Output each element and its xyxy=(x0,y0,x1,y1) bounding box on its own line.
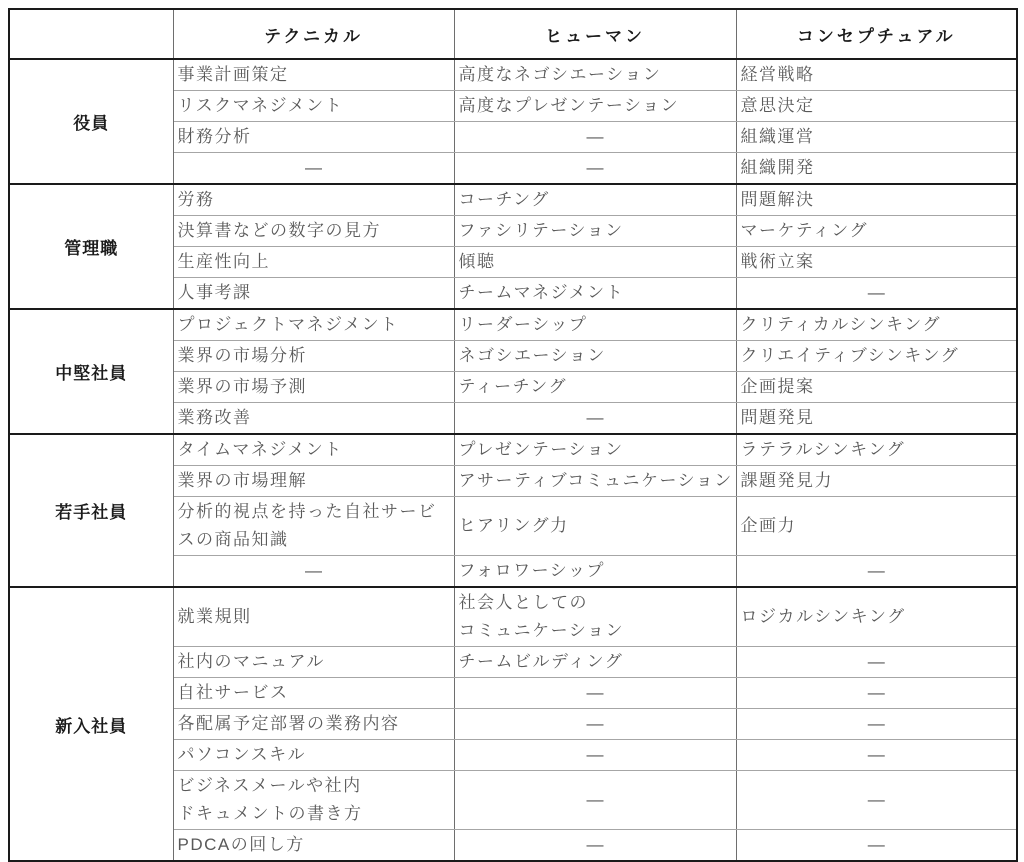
skill-cell: 分析的視点を持った自社サービ スの商品知識 xyxy=(173,497,454,556)
skill-cell: チームマネジメント xyxy=(454,278,736,310)
group-label-cell: 役員 xyxy=(9,59,173,184)
skill-cell: フォロワーシップ xyxy=(454,556,736,588)
empty-skill-cell: — xyxy=(454,678,736,709)
header-row: テクニカルヒューマンコンセプチュアル xyxy=(9,9,1017,59)
skill-cell: 傾聴 xyxy=(454,247,736,278)
empty-skill-cell: — xyxy=(736,678,1017,709)
skill-cell: 生産性向上 xyxy=(173,247,454,278)
table-row: 若手社員タイムマネジメントプレゼンテーションラテラルシンキング xyxy=(9,434,1017,466)
empty-skill-cell: — xyxy=(736,740,1017,771)
empty-skill-cell: — xyxy=(736,556,1017,588)
skill-cell: ヒアリング力 xyxy=(454,497,736,556)
header-cell-empty xyxy=(9,9,173,59)
skill-cell: 事業計画策定 xyxy=(173,59,454,91)
skill-cell: 高度なプレゼンテーション xyxy=(454,91,736,122)
group-section: 新入社員就業規則社会人としての コミュニケーションロジカルシンキング社内のマニュ… xyxy=(9,587,1017,861)
table-row: 新入社員就業規則社会人としての コミュニケーションロジカルシンキング xyxy=(9,587,1017,647)
skill-cell: リスクマネジメント xyxy=(173,91,454,122)
empty-skill-cell: — xyxy=(454,122,736,153)
header-cell: コンセプチュアル xyxy=(736,9,1017,59)
empty-skill-cell: — xyxy=(736,709,1017,740)
skill-cell: チームビルディング xyxy=(454,647,736,678)
skill-cell: 業界の市場予測 xyxy=(173,372,454,403)
skill-cell: プロジェクトマネジメント xyxy=(173,309,454,341)
empty-skill-cell: — xyxy=(173,153,454,185)
skill-cell: 企画提案 xyxy=(736,372,1017,403)
group-label-cell: 中堅社員 xyxy=(9,309,173,434)
skill-cell: 決算書などの数字の見方 xyxy=(173,216,454,247)
skill-cell: 各配属予定部署の業務内容 xyxy=(173,709,454,740)
group-label-cell: 管理職 xyxy=(9,184,173,309)
header-cell: ヒューマン xyxy=(454,9,736,59)
skill-cell: アサーティブコミュニケーション xyxy=(454,466,736,497)
empty-skill-cell: — xyxy=(173,556,454,588)
skill-cell: PDCAの回し方 xyxy=(173,830,454,862)
skill-cell: 経営戦略 xyxy=(736,59,1017,91)
empty-skill-cell: — xyxy=(454,771,736,830)
skill-cell: タイムマネジメント xyxy=(173,434,454,466)
skill-cell: 組織運営 xyxy=(736,122,1017,153)
empty-skill-cell: — xyxy=(454,740,736,771)
skill-cell: 問題発見 xyxy=(736,403,1017,435)
skill-cell: ロジカルシンキング xyxy=(736,587,1017,647)
skill-cell: ビジネスメールや社内 ドキュメントの書き方 xyxy=(173,771,454,830)
table-header-row: テクニカルヒューマンコンセプチュアル xyxy=(9,9,1017,59)
group-section: 役員事業計画策定高度なネゴシエーション経営戦略リスクマネジメント高度なプレゼンテ… xyxy=(9,59,1017,184)
group-label-cell: 若手社員 xyxy=(9,434,173,587)
skill-cell: ネゴシエーション xyxy=(454,341,736,372)
skill-cell: 企画力 xyxy=(736,497,1017,556)
empty-skill-cell: — xyxy=(454,403,736,435)
skill-cell: マーケティング xyxy=(736,216,1017,247)
group-section: 中堅社員プロジェクトマネジメントリーダーシップクリティカルシンキング業界の市場分… xyxy=(9,309,1017,434)
skill-cell: 社会人としての コミュニケーション xyxy=(454,587,736,647)
group-section: 管理職労務コーチング問題解決決算書などの数字の見方ファシリテーションマーケティン… xyxy=(9,184,1017,309)
empty-skill-cell: — xyxy=(736,278,1017,310)
skill-cell: 課題発見力 xyxy=(736,466,1017,497)
skill-cell: 組織開発 xyxy=(736,153,1017,185)
skill-cell: パソコンスキル xyxy=(173,740,454,771)
skill-cell: ファシリテーション xyxy=(454,216,736,247)
skill-cell: 財務分析 xyxy=(173,122,454,153)
empty-skill-cell: — xyxy=(736,647,1017,678)
skill-map-page: テクニカルヒューマンコンセプチュアル 役員事業計画策定高度なネゴシエーション経営… xyxy=(0,0,1024,862)
skill-cell: 就業規則 xyxy=(173,587,454,647)
empty-skill-cell: — xyxy=(454,830,736,862)
table-row: 役員事業計画策定高度なネゴシエーション経営戦略 xyxy=(9,59,1017,91)
skill-cell: 問題解決 xyxy=(736,184,1017,216)
empty-skill-cell: — xyxy=(454,153,736,185)
skill-cell: 労務 xyxy=(173,184,454,216)
skill-cell: 業界の市場分析 xyxy=(173,341,454,372)
group-section: 若手社員タイムマネジメントプレゼンテーションラテラルシンキング業界の市場理解アサ… xyxy=(9,434,1017,587)
skill-cell: リーダーシップ xyxy=(454,309,736,341)
skill-cell: コーチング xyxy=(454,184,736,216)
skill-cell: 業界の市場理解 xyxy=(173,466,454,497)
skill-cell: ラテラルシンキング xyxy=(736,434,1017,466)
skill-cell: ティーチング xyxy=(454,372,736,403)
empty-skill-cell: — xyxy=(736,830,1017,862)
skill-cell: 戦術立案 xyxy=(736,247,1017,278)
header-cell: テクニカル xyxy=(173,9,454,59)
skill-cell: 業務改善 xyxy=(173,403,454,435)
empty-skill-cell: — xyxy=(454,709,736,740)
skill-matrix-table: テクニカルヒューマンコンセプチュアル 役員事業計画策定高度なネゴシエーション経営… xyxy=(8,8,1018,862)
skill-cell: クリティカルシンキング xyxy=(736,309,1017,341)
skill-cell: クリエイティブシンキング xyxy=(736,341,1017,372)
skill-cell: 自社サービス xyxy=(173,678,454,709)
skill-cell: プレゼンテーション xyxy=(454,434,736,466)
skill-cell: 意思決定 xyxy=(736,91,1017,122)
empty-skill-cell: — xyxy=(736,771,1017,830)
skill-cell: 高度なネゴシエーション xyxy=(454,59,736,91)
table-row: 中堅社員プロジェクトマネジメントリーダーシップクリティカルシンキング xyxy=(9,309,1017,341)
group-label-cell: 新入社員 xyxy=(9,587,173,861)
skill-cell: 社内のマニュアル xyxy=(173,647,454,678)
skill-cell: 人事考課 xyxy=(173,278,454,310)
table-row: 管理職労務コーチング問題解決 xyxy=(9,184,1017,216)
